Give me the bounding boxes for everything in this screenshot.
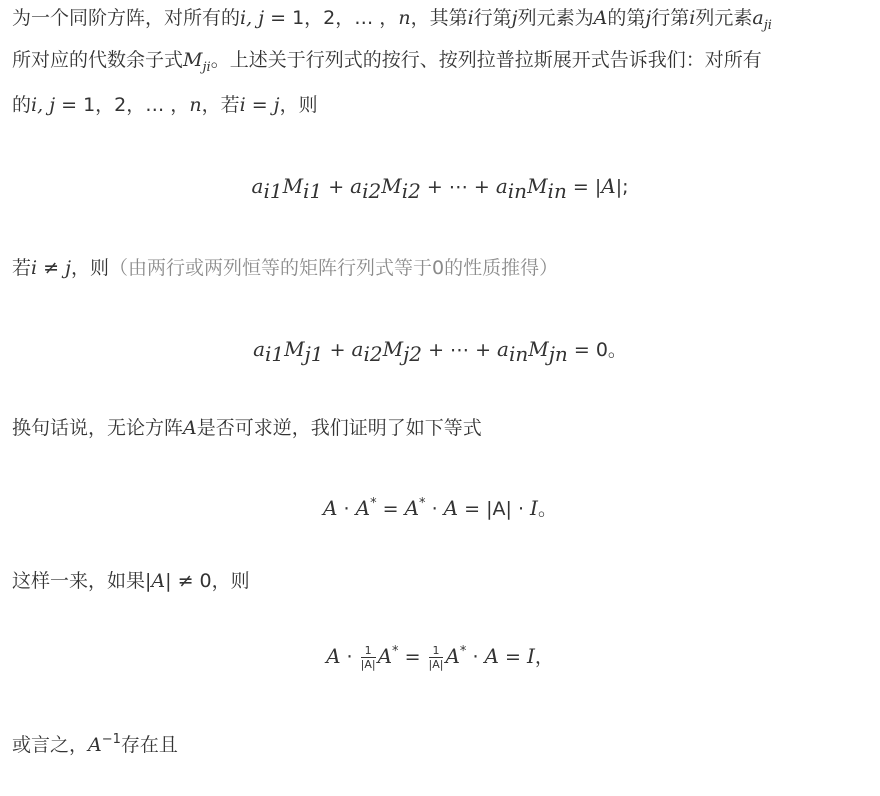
math-subscript: j2: [403, 342, 422, 366]
math-op: +: [322, 176, 350, 198]
math-sep: ,: [37, 94, 49, 116]
text: 行第: [474, 7, 512, 29]
fraction: 1|A|: [429, 645, 444, 671]
math-subscript: i1: [265, 342, 284, 366]
paragraph-2: 若i ≠ j，则（由两行或两列恒等的矩阵行列式等于0的性质推得）: [12, 254, 558, 282]
text: = 1，2，… ，: [55, 94, 189, 116]
equation-laplace-same-row: ai1Mi1 + ai2Mi2 + ⋯ + ainMin = |A|;: [0, 170, 880, 203]
math-var: A: [445, 644, 459, 668]
math-op: + ⋯ +: [421, 176, 496, 198]
math-var: A: [594, 7, 608, 29]
math-op: =: [399, 646, 427, 668]
fraction-numerator: 1: [433, 645, 440, 657]
math-subscript: ji: [764, 18, 772, 33]
math-subscript: i2: [363, 342, 382, 366]
math-var: M: [283, 174, 303, 198]
math-var: a: [752, 7, 763, 29]
paragraph-1-line-1: 为一个同阶方阵，对所有的i, j = 1，2，… ，n，其第i行第j列元素为A的…: [12, 4, 772, 32]
text: ，其第: [411, 7, 468, 29]
paragraph-5: 或言之，A−1存在且: [12, 731, 178, 759]
math-var: A: [485, 644, 499, 668]
math-var: n: [189, 94, 201, 116]
math-var: I: [527, 644, 535, 668]
math-var: A: [405, 496, 419, 520]
text: 。上述关于行列式的按行、按列拉普拉斯展开式告诉我们：对所有: [211, 49, 762, 71]
math-subscript: i2: [362, 179, 381, 203]
math-subscript: i1: [263, 179, 282, 203]
math-op: ·: [466, 646, 484, 668]
math-op: = |: [567, 176, 601, 198]
paragraph-4: 这样一来，如果|A| ≠ 0，则: [12, 567, 250, 595]
math-var: A: [444, 496, 458, 520]
math-op: = 0。: [568, 339, 627, 361]
math-var: a: [350, 174, 362, 198]
math-op: ·: [426, 498, 444, 520]
math-var: A: [88, 734, 102, 756]
fraction-denominator: |A|: [429, 657, 444, 671]
math-var: a: [496, 174, 508, 198]
text: 或言之，: [12, 734, 88, 756]
math-subscript: ji: [202, 60, 210, 75]
text: 这样一来，如果|: [12, 570, 151, 592]
math-sep: ,: [246, 7, 258, 29]
math-op: + ⋯ +: [422, 339, 497, 361]
math-op: ·: [338, 498, 356, 520]
text: 所对应的代数余子式: [12, 49, 183, 71]
math-var: M: [527, 174, 547, 198]
math-var: A: [326, 644, 340, 668]
math-var: a: [252, 174, 264, 198]
fraction: 1|A|: [361, 645, 376, 671]
text: 换句话说，无论方阵: [12, 417, 183, 439]
text: 是否可求逆，我们证明了如下等式: [197, 417, 482, 439]
text: = 1，2，… ，: [264, 7, 398, 29]
math-subscript: in: [509, 342, 528, 366]
math-var: n: [398, 7, 410, 29]
parenthetical-note: （由两行或两列恒等的矩阵行列式等于0的性质推得）: [109, 257, 558, 279]
text: 列元素为: [518, 7, 594, 29]
math-op: 。: [538, 498, 557, 520]
math-op: = |A| ·: [458, 498, 530, 520]
math-op: =: [377, 498, 405, 520]
paragraph-3: 换句话说，无论方阵A是否可求逆，我们证明了如下等式: [12, 414, 482, 442]
text: 若: [12, 257, 31, 279]
paragraph-1-line-2: 所对应的代数余子式Mji。上述关于行列式的按行、按列拉普拉斯展开式告诉我们：对所…: [12, 46, 762, 74]
math-op: =: [499, 646, 527, 668]
math-var: a: [497, 337, 509, 361]
text: | ≠ 0，则: [165, 570, 250, 592]
math-subscript: jn: [549, 342, 568, 366]
math-var: A: [378, 644, 392, 668]
math-var: I: [530, 496, 538, 520]
math-superscript: −1: [102, 732, 121, 747]
text: 的第: [607, 7, 645, 29]
math-var: A: [323, 496, 337, 520]
text: ，则: [71, 257, 109, 279]
equation-laplace-different-row: ai1Mj1 + ai2Mj2 + ⋯ + ainMjn = 0。: [0, 333, 880, 366]
text: 列元素: [695, 7, 752, 29]
math-var: A: [183, 417, 197, 439]
math-var: A: [356, 496, 370, 520]
text: 为一个同阶方阵，对所有的: [12, 7, 240, 29]
math-subscript: i1: [303, 179, 322, 203]
math-var: M: [381, 174, 401, 198]
text: 的: [12, 94, 31, 116]
math-var: M: [284, 337, 304, 361]
math-var: a: [352, 337, 364, 361]
math-var: A: [601, 174, 615, 198]
paragraph-1-line-3: 的i, j = 1，2，… ，n，若i = j，则: [12, 91, 318, 119]
fraction-denominator: |A|: [361, 657, 376, 671]
math-var: a: [253, 337, 265, 361]
math-op: +: [324, 339, 352, 361]
math-subscript: in: [548, 179, 567, 203]
text: 存在且: [121, 734, 178, 756]
equation-adjugate-identity: A · A* = A* · A = |A| · I。: [0, 492, 880, 525]
math-subscript: i2: [402, 179, 421, 203]
math-var: M: [383, 337, 403, 361]
math-op: ，: [535, 646, 554, 668]
math-subscript: in: [508, 179, 527, 203]
fraction-numerator: 1: [365, 645, 372, 657]
math-op: ·: [341, 646, 359, 668]
math-op: ≠: [37, 257, 65, 279]
math-op: |;: [616, 176, 629, 198]
text: 行第: [651, 7, 689, 29]
text: =: [246, 94, 274, 116]
equation-inverse: A · 1|A|A* = 1|A|A* · A = I，: [0, 640, 880, 673]
math-var: M: [528, 337, 548, 361]
text: ，若: [202, 94, 240, 116]
math-subscript: j1: [305, 342, 324, 366]
document-page: 为一个同阶方阵，对所有的i, j = 1，2，… ，n，其第i行第j列元素为A的…: [0, 0, 880, 796]
math-var: M: [183, 49, 202, 71]
math-var: A: [151, 570, 165, 592]
text: ，则: [280, 94, 318, 116]
